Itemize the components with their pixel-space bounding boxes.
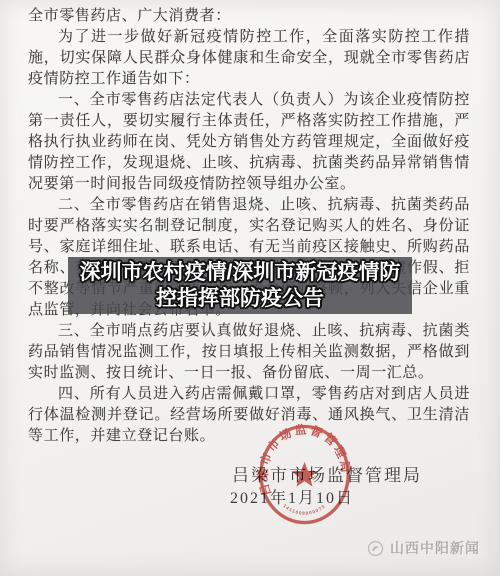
news-watermark: 山西中阳新闻 (367, 538, 480, 558)
notice-paragraph-item4: 四、所有人员进入药店需佩戴口罩，零售药店对到店人员进行体温检测并登记。经营场所要… (28, 384, 470, 447)
seal-ring-text: 吕梁市市场监督管理局 (257, 422, 352, 497)
official-seal-graphic: 吕梁市市场监督管理局 1411008000073 (257, 422, 355, 529)
caption-line-1: 深圳市农村疫情/深圳市新冠疫情防 (80, 260, 401, 286)
notice-body: 全市零售药店、广大消费者： 为了进一步做好新冠疫情防控工作，全面落实防控工作措施… (0, 0, 500, 447)
caption-line-2: 控指挥部防疫公告 (156, 286, 324, 312)
news-logo-icon (367, 540, 384, 557)
notice-paragraph-item3: 三、全市哨点药店要认真做好退烧、止咳、抗病毒、抗菌类药品销售情况监测工作，按日填… (28, 321, 470, 384)
caption-overlay: 深圳市农村疫情/深圳市新冠疫情防 控指挥部防疫公告 (68, 257, 412, 314)
seal-serial-number: 1411008000073 (282, 503, 326, 516)
notice-paragraph-intro: 为了进一步做好新冠疫情防控工作，全面落实防控工作措施，切实保障人民群众身体健康和… (28, 27, 470, 90)
svg-text:1411008000073: 1411008000073 (282, 503, 326, 516)
seal-star-icon (291, 462, 317, 487)
scanned-notice-page: 全市零售药店、广大消费者： 为了进一步做好新冠疫情防控工作，全面落实防控工作措施… (0, 0, 500, 576)
svg-text:吕梁市市场监督管理局: 吕梁市市场监督管理局 (257, 422, 352, 497)
notice-paragraph-item1: 一、全市零售药店法定代表人（负责人）为该企业疫情防控第一责任人，要切实履行主体责… (28, 90, 470, 195)
news-watermark-label: 山西中阳新闻 (390, 538, 480, 558)
official-seal: 吕梁市市场监督管理局 1411008000073 (257, 422, 355, 529)
notice-salutation: 全市零售药店、广大消费者： (28, 6, 470, 27)
